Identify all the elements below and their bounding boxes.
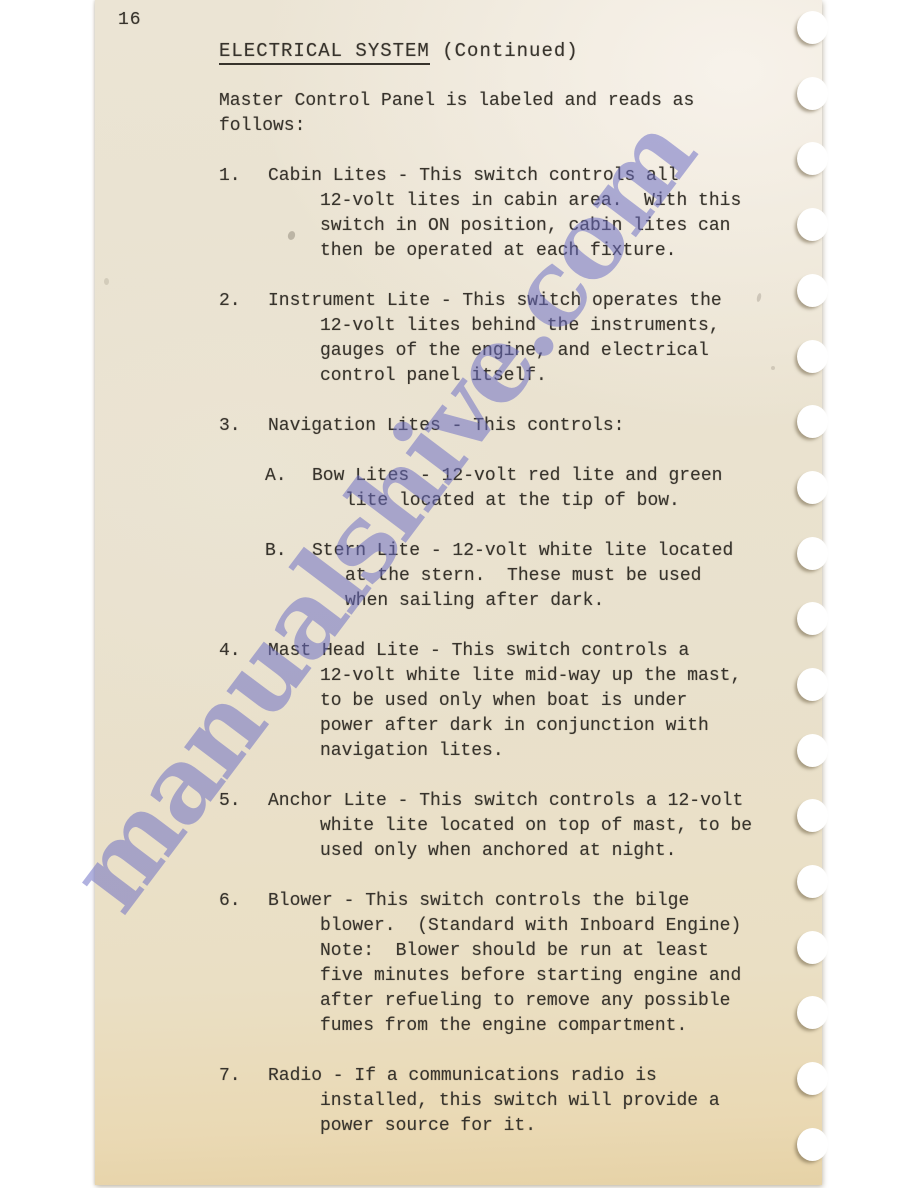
list-item-line: fumes from the engine compartment. [268, 1014, 822, 1039]
list-item-line: white lite located on top of mast, to be [268, 814, 822, 839]
list-item-marker: 5. [219, 789, 241, 814]
list-item-line: blower. (Standard with Inboard Engine) [268, 914, 822, 939]
sub-list-item-line: Bow Lites - 12-volt red lite and green [312, 464, 822, 489]
intro-paragraph: Master Control Panel is labeled and read… [219, 89, 822, 139]
list-item-line: five minutes before starting engine and [268, 964, 822, 989]
sub-list-item-line: when sailing after dark. [312, 589, 822, 614]
list-item-line: Cabin Lites - This switch controls all [268, 164, 822, 189]
sub-list-item-line: at the stern. These must be used [312, 564, 822, 589]
section-heading-suffix: (Continued) [430, 40, 579, 62]
list-item-line: navigation lites. [268, 739, 822, 764]
list-item-line: after refueling to remove any possible [268, 989, 822, 1014]
list-item-line: to be used only when boat is under [268, 689, 822, 714]
list-item: 2. Instrument Lite - This switch operate… [95, 289, 822, 389]
list-item-line: 12-volt white lite mid-way up the mast, [268, 664, 822, 689]
list-item-line: Note: Blower should be run at least [268, 939, 822, 964]
list-item-marker: 7. [219, 1064, 241, 1089]
sub-list-item-line: Stern Lite - 12-volt white lite located [312, 539, 822, 564]
list-item-line: 12-volt lites behind the instruments, [268, 314, 822, 339]
list-item-line: gauges of the engine, and electrical [268, 339, 822, 364]
list-item-line: Anchor Lite - This switch controls a 12-… [268, 789, 822, 814]
list-item-line: Navigation Lites - This controls: [268, 414, 822, 439]
list-item: 4. Mast Head Lite - This switch controls… [95, 639, 822, 764]
intro-line: follows: [219, 114, 822, 139]
list-item-line: power source for it. [268, 1114, 822, 1139]
list-item-line: 12-volt lites in cabin area. With this [268, 189, 822, 214]
list-item-line: installed, this switch will provide a [268, 1089, 822, 1114]
sub-list-item-line: lite located at the tip of bow. [312, 489, 822, 514]
scan-speck [104, 278, 109, 285]
page-content: ELECTRICAL SYSTEM (Continued) Master Con… [95, 38, 822, 1139]
list-item-marker: 2. [219, 289, 241, 314]
list-item: 1. Cabin Lites - This switch controls al… [95, 164, 822, 264]
list-item-marker: 6. [219, 889, 241, 914]
list-item-line: used only when anchored at night. [268, 839, 822, 864]
sub-list-item: B. Stern Lite - 12-volt white lite locat… [95, 539, 822, 614]
sub-list-item: A. Bow Lites - 12-volt red lite and gree… [95, 464, 822, 514]
intro-line: Master Control Panel is labeled and read… [219, 89, 822, 114]
list-item-line: Blower - This switch controls the bilge [268, 889, 822, 914]
list-item-line: Instrument Lite - This switch operates t… [268, 289, 822, 314]
sub-list-item-marker: A. [265, 464, 287, 489]
sub-list-item-marker: B. [265, 539, 287, 564]
page-number: 16 [118, 8, 142, 33]
list-item-line: Radio - If a communications radio is [268, 1064, 822, 1089]
list-item-line: then be operated at each fixture. [268, 239, 822, 264]
list-item-marker: 4. [219, 639, 241, 664]
section-heading: ELECTRICAL SYSTEM (Continued) [219, 38, 822, 64]
list-item: 7. Radio - If a communications radio is … [95, 1064, 822, 1139]
list-item-line: power after dark in conjunction with [268, 714, 822, 739]
scan-speck [771, 366, 775, 370]
list-item: 5. Anchor Lite - This switch controls a … [95, 789, 822, 864]
list-item-line: switch in ON position, cabin lites can [268, 214, 822, 239]
list-item-line: Mast Head Lite - This switch controls a [268, 639, 822, 664]
list-item-marker: 1. [219, 164, 241, 189]
section-heading-title: ELECTRICAL SYSTEM [219, 40, 430, 65]
scanned-manual-page: 16 ELECTRICAL SYSTEM (Continued) Master … [95, 0, 822, 1185]
list-item-line: control panel itself. [268, 364, 822, 389]
list-item: 3. Navigation Lites - This controls: [95, 414, 822, 439]
list-item: 6. Blower - This switch controls the bil… [95, 889, 822, 1039]
list-item-marker: 3. [219, 414, 241, 439]
